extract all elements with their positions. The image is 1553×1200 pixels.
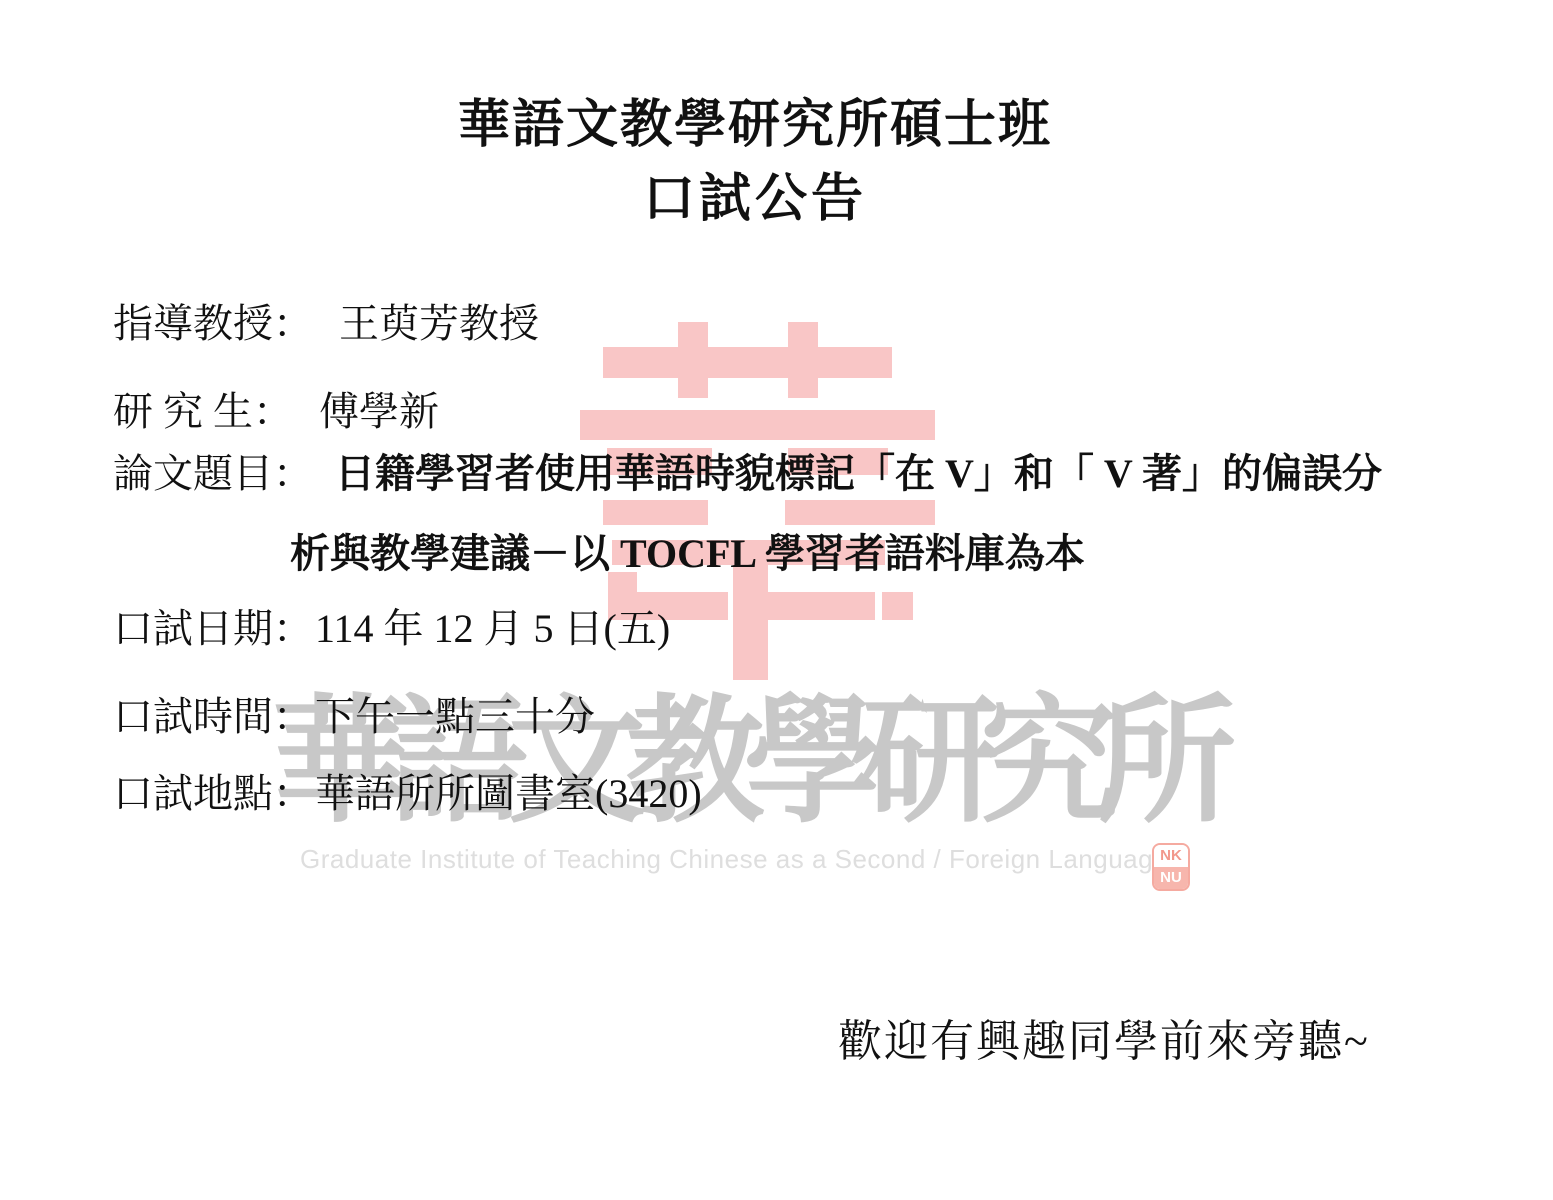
- exam-venue-value: 華語所所圖書室(3420): [315, 771, 702, 816]
- nknu-logo-bottom-text: NU: [1154, 867, 1188, 889]
- nknu-logo: NK NU: [1152, 843, 1190, 891]
- institute-watermark-en: Graduate Institute of Teaching Chinese a…: [300, 845, 1168, 874]
- student-row: 研 究 生：傅學新: [113, 389, 439, 435]
- thesis-row: 論文題目：日籍學習者使用華語時貌標記「在 V」和「 V 著」的偏誤分: [113, 451, 1382, 497]
- exam-time-row: 口試時間：下午一點三十分: [113, 694, 595, 740]
- advisor-value: 王萸芳教授: [339, 301, 539, 346]
- advisor-label: 指導教授：: [113, 301, 313, 346]
- thesis-label: 論文題目：: [113, 451, 313, 496]
- advisor-row: 指導教授：王萸芳教授: [113, 301, 539, 347]
- closing-invitation: 歡迎有興趣同學前來旁聽~: [838, 1018, 1370, 1066]
- exam-date-row: 口試日期：114 年 12 月 5 日(五): [113, 606, 670, 652]
- page-title-line1: 華語文教學研究所碩士班: [200, 96, 1310, 156]
- student-value: 傅學新: [319, 389, 439, 434]
- page-title-line2: 口試公告: [200, 170, 1310, 230]
- thesis-title-line1: 日籍學習者使用華語時貌標記「在 V」和「 V 著」的偏誤分: [335, 451, 1382, 496]
- exam-time-label: 口試時間：: [113, 694, 313, 739]
- student-label: 研 究 生：: [113, 389, 293, 434]
- exam-time-value: 下午一點三十分: [315, 694, 595, 739]
- exam-date-label: 口試日期：: [113, 606, 313, 651]
- thesis-title-line2: 析與教學建議－以 TOCFL 學習者語料庫為本: [290, 531, 1085, 577]
- exam-venue-row: 口試地點：華語所所圖書室(3420): [113, 771, 702, 817]
- nknu-logo-top-text: NK: [1154, 845, 1188, 867]
- exam-date-value: 114 年 12 月 5 日(五): [315, 606, 670, 651]
- exam-venue-label: 口試地點：: [113, 771, 313, 816]
